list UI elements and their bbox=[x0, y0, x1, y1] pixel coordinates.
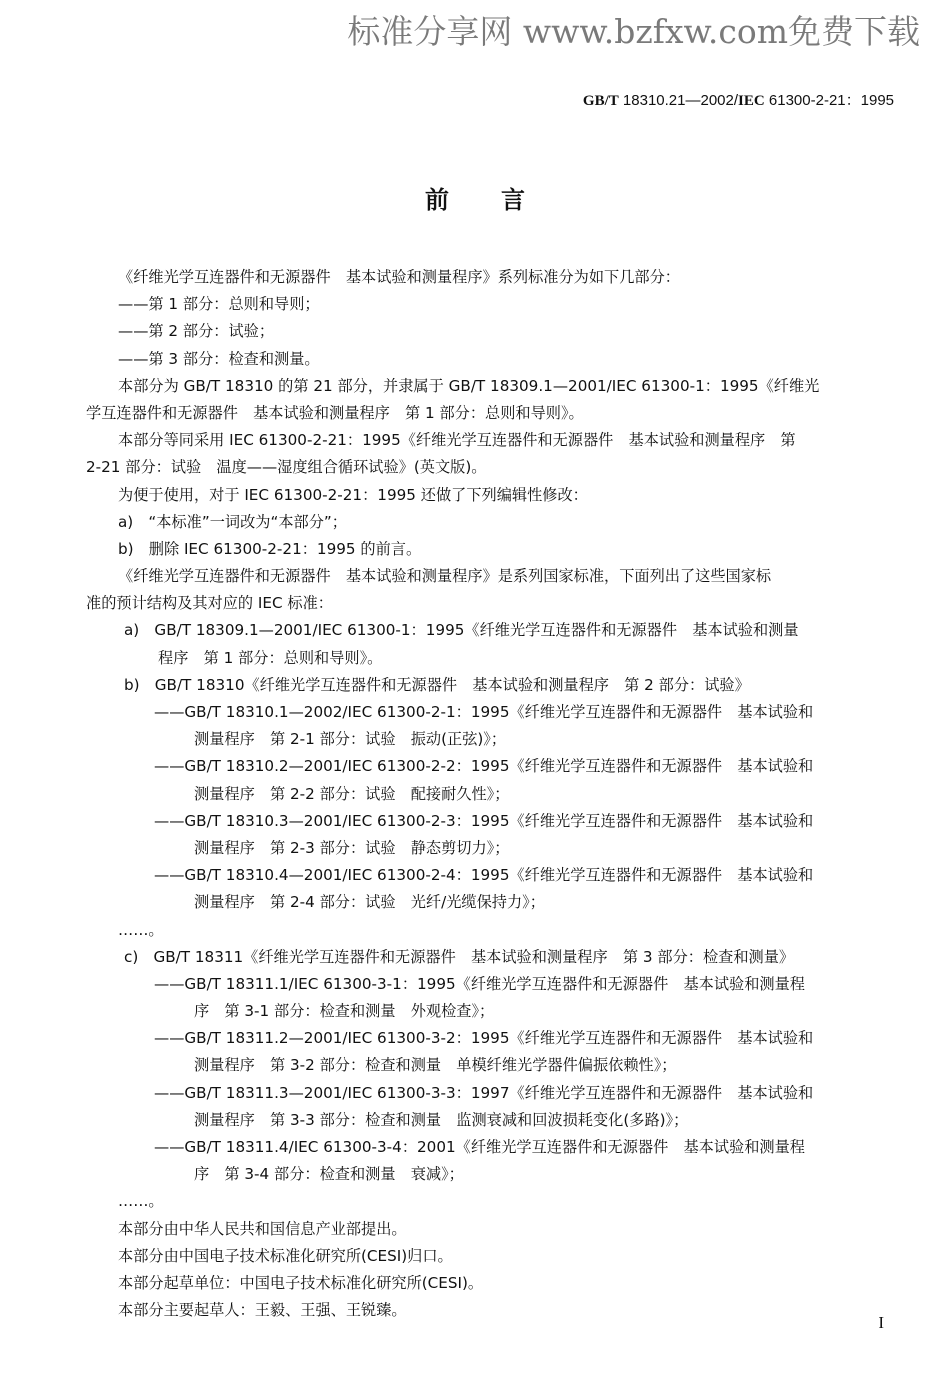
text-line: 学互连器件和无源器件 基本试验和测量程序 第 1 部分：总则和导则》。 bbox=[86, 400, 896, 427]
standard-number: GB/T 18310.21—2002/IEC 61300-2-21：1995 bbox=[583, 89, 894, 110]
text-line: ——GB/T 18310.4—2001/IEC 61300-2-4：1995《纤… bbox=[86, 862, 896, 889]
text-line: 《纤维光学互连器件和无源器件 基本试验和测量程序》系列标准分为如下几部分： bbox=[86, 264, 896, 291]
text-line: 序 第 3-4 部分：检查和测量 衰减》； bbox=[86, 1161, 896, 1188]
text-line: 测量程序 第 2-1 部分：试验 振动(正弦)》； bbox=[86, 726, 896, 753]
text-line: ……。 bbox=[86, 917, 896, 944]
text-line: ——GB/T 18311.4/IEC 61300-3-4：2001《纤维光学互连… bbox=[86, 1134, 896, 1161]
text-line: 2-21 部分：试验 温度——湿度组合循环试验》(英文版)。 bbox=[86, 454, 896, 481]
text-line: a) “本标准”一词改为“本部分”； bbox=[86, 509, 896, 536]
text-line: ——第 3 部分：检查和测量。 bbox=[86, 346, 896, 373]
page-title: 前言 bbox=[0, 180, 950, 215]
foreword-body: 《纤维光学互连器件和无源器件 基本试验和测量程序》系列标准分为如下几部分：——第… bbox=[86, 264, 896, 1324]
text-line: ——GB/T 18311.2—2001/IEC 61300-3-2：1995《纤… bbox=[86, 1025, 896, 1052]
text-line: 测量程序 第 2-4 部分：试验 光纤/光缆保持力》； bbox=[86, 889, 896, 916]
iec-prefix: IEC bbox=[738, 93, 765, 109]
text-line: 测量程序 第 2-3 部分：试验 静态剪切力》； bbox=[86, 835, 896, 862]
text-line: ——GB/T 18310.2—2001/IEC 61300-2-2：1995《纤… bbox=[86, 753, 896, 780]
text-line: ——GB/T 18311.1/IEC 61300-3-1：1995《纤维光学互连… bbox=[86, 971, 896, 998]
text-line: ——GB/T 18310.1—2002/IEC 61300-2-1：1995《纤… bbox=[86, 699, 896, 726]
text-line: ——第 2 部分：试验； bbox=[86, 318, 896, 345]
iec-number: 61300-2-21：1995 bbox=[765, 92, 894, 109]
text-line: 本部分主要起草人：王毅、王强、王锐臻。 bbox=[86, 1297, 896, 1324]
watermark-text: 标准分享网 www.bzfxw.com免费下载 bbox=[347, 6, 920, 53]
text-line: c) GB/T 18311《纤维光学互连器件和无源器件 基本试验和测量程序 第 … bbox=[86, 944, 896, 971]
text-line: 程序 第 1 部分：总则和导则》。 bbox=[86, 645, 896, 672]
text-line: 本部分为 GB/T 18310 的第 21 部分，并隶属于 GB/T 18309… bbox=[86, 373, 896, 400]
text-line: ——第 1 部分：总则和导则； bbox=[86, 291, 896, 318]
text-line: 测量程序 第 2-2 部分：试验 配接耐久性》； bbox=[86, 781, 896, 808]
text-line: ——GB/T 18311.3—2001/IEC 61300-3-3：1997《纤… bbox=[86, 1080, 896, 1107]
text-line: 本部分由中国电子技术标准化研究所(CESI)归口。 bbox=[86, 1243, 896, 1270]
text-line: b) GB/T 18310《纤维光学互连器件和无源器件 基本试验和测量程序 第 … bbox=[86, 672, 896, 699]
standard-prefix: GB/T bbox=[583, 93, 619, 109]
text-line: 为便于使用，对于 IEC 61300-2-21：1995 还做了下列编辑性修改： bbox=[86, 482, 896, 509]
page-number: I bbox=[878, 1313, 884, 1333]
text-line: b) 删除 IEC 61300-2-21：1995 的前言。 bbox=[86, 536, 896, 563]
text-line: a) GB/T 18309.1—2001/IEC 61300-1：1995《纤维… bbox=[86, 617, 896, 644]
text-line: 测量程序 第 3-2 部分：检查和测量 单模纤维光学器件偏振依赖性》； bbox=[86, 1052, 896, 1079]
text-line: ——GB/T 18310.3—2001/IEC 61300-2-3：1995《纤… bbox=[86, 808, 896, 835]
text-line: 测量程序 第 3-3 部分：检查和测量 监测衰减和回波损耗变化(多路)》； bbox=[86, 1107, 896, 1134]
text-line: 本部分起草单位：中国电子技术标准化研究所(CESI)。 bbox=[86, 1270, 896, 1297]
text-line: 本部分由中华人民共和国信息产业部提出。 bbox=[86, 1216, 896, 1243]
text-line: 《纤维光学互连器件和无源器件 基本试验和测量程序》是系列国家标准，下面列出了这些… bbox=[86, 563, 896, 590]
text-line: ……。 bbox=[86, 1188, 896, 1215]
standard-number-main: 18310.21—2002/ bbox=[619, 92, 738, 109]
text-line: 序 第 3-1 部分：检查和测量 外观检查》； bbox=[86, 998, 896, 1025]
text-line: 准的预计结构及其对应的 IEC 标准： bbox=[86, 590, 896, 617]
text-line: 本部分等同采用 IEC 61300-2-21：1995《纤维光学互连器件和无源器… bbox=[86, 427, 896, 454]
